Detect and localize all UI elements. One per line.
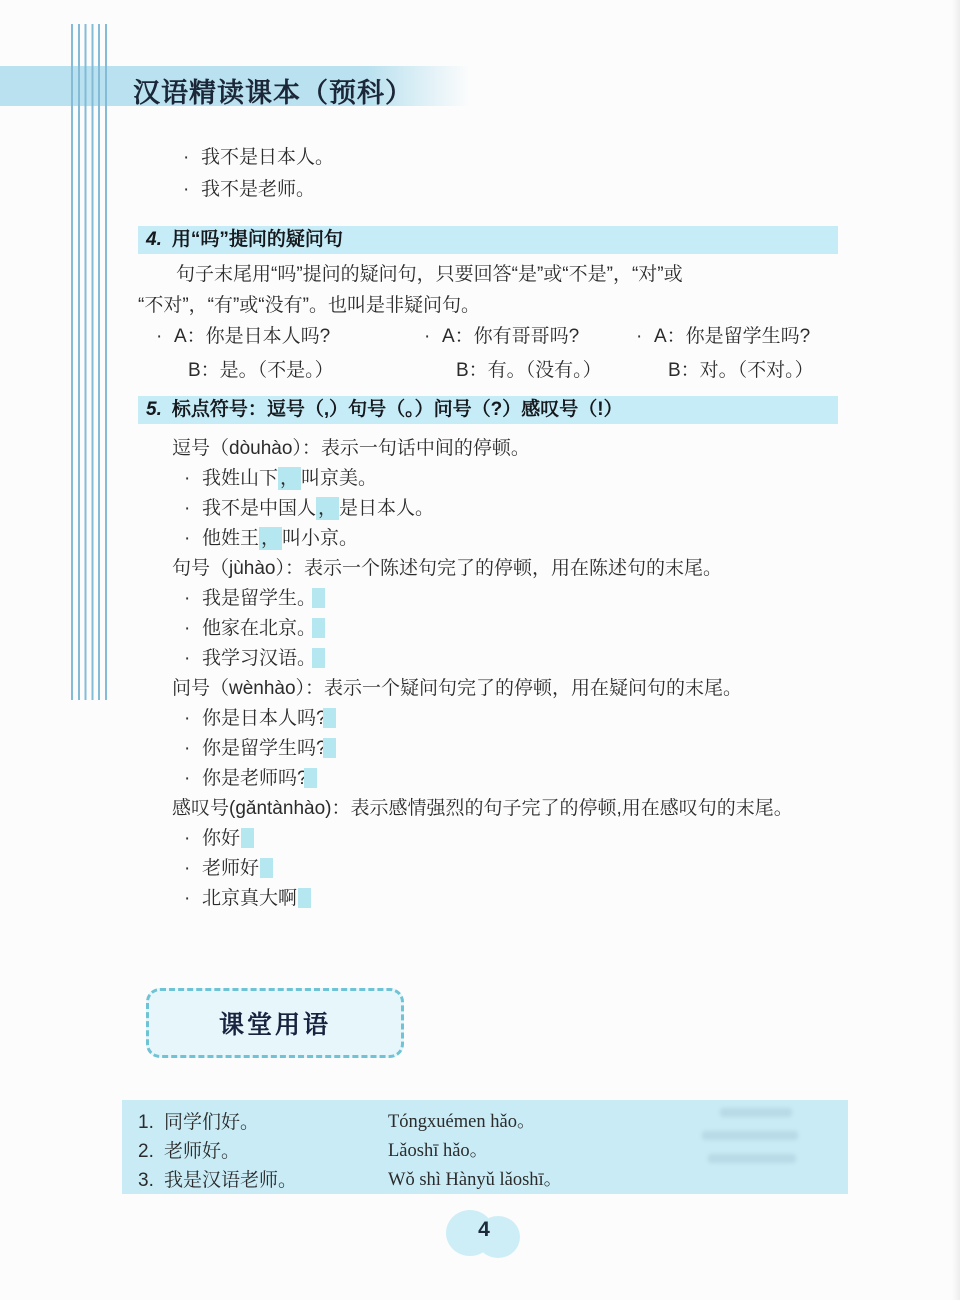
classroom-phrases-box: 课堂用语 [146,988,404,1058]
dialogue-column: ·A：你有哥哥吗? B：有。（没有。） [424,322,636,386]
example-text: 你是留学生吗 [202,738,316,759]
example-sentence: 我不是日本人。 [201,147,334,168]
dialogue-b-line: B：对。（不对。） [668,356,814,386]
bullet-icon: · [184,524,202,554]
bullet-icon: · [184,464,202,494]
highlight-mark [241,828,254,848]
bleed-through-artifact [702,1108,798,1177]
chinese-text: 同学们好。 [164,1112,259,1133]
dialogue-a-line: ·A：你是日本人吗? [156,322,424,352]
example-sentence: ·我不是中国人，是日本人。 [184,494,854,524]
dialogue-b-line: B：是。（不是。） [188,356,424,386]
dialogue-b-line: B：有。（没有。） [456,356,636,386]
dialogue-a-line: ·A：你有哥哥吗? [424,322,636,352]
example-sentence: ·我姓山下，叫京美。 [184,464,854,494]
bullet-icon: · [184,764,202,794]
example-sentence: ·北京真大啊! [184,884,854,914]
bullet-icon: · [184,614,202,644]
example-text: 叫京美。 [301,468,377,489]
bullet-icon: · [183,142,201,174]
dialogue-a-text: A：你有哥哥吗? [442,326,579,347]
dialogue-a-line: ·A：你是留学生吗? [636,322,814,352]
example-text: 你是老师吗 [202,768,297,789]
example-sentence: ·你是留学生吗? [184,734,854,764]
example-text: 我学习汉语 [202,648,297,669]
bullet-icon: · [184,734,202,764]
example-text: 北京真大啊 [202,888,297,909]
classroom-box-title: 课堂用语 [219,1005,331,1041]
list-item: ·我不是老师。 [183,174,334,206]
highlight-mark [312,648,325,668]
bullet-icon: · [184,494,202,524]
highlight-mark [312,588,325,608]
highlight-mark [323,738,336,758]
example-text: 我不是中国人 [202,498,316,519]
highlight-mark [304,768,317,788]
dialogue-column: ·A：你是日本人吗? B：是。（不是。） [156,322,424,386]
section-number: 5. [146,399,162,420]
row-number: 2. [138,1137,164,1166]
row-number: 3. [138,1166,164,1195]
bullet-icon: · [636,322,654,352]
comma-definition: 逗号（dòuhào）：表示一句话中间的停顿。 [172,434,854,464]
bullet-icon: · [156,322,174,352]
example-text: 老师好 [202,858,259,879]
phrase-chinese: 2.老师好。 [138,1137,388,1166]
bullet-icon: · [184,824,202,854]
bullet-icon: · [184,854,202,884]
dialogue-a-text: A：你是留学生吗? [654,326,810,347]
example-sentence: 我不是老师。 [201,179,315,200]
classroom-phrases-list: 1.同学们好。 Tóngxuémen hǎo。 2.老师好。 Lǎoshī hǎ… [122,1100,848,1194]
bullet-icon: · [184,884,202,914]
example-text: 我姓山下 [202,468,278,489]
example-text: 我是留学生 [202,588,297,609]
dialogue-column: ·A：你是留学生吗? B：对。（不对。） [636,322,814,386]
example-text: 是日本人。 [339,498,434,519]
exclamation-mark-definition: 感叹号(gǎntànhào)：表示感情强烈的句子完了的停顿,用在感叹句的末尾。 [172,794,854,824]
example-sentence: ·你是日本人吗? [184,704,854,734]
highlight-mark [260,858,273,878]
phrase-chinese: 3.我是汉语老师。 [138,1166,388,1195]
decorative-stripes [71,24,111,700]
page-number: 4 [446,1218,522,1242]
example-sentence: ·我是留学生。 [184,584,854,614]
section-title: 用“吗”提问的疑问句 [172,229,343,250]
example-sentence: ·我学习汉语。 [184,644,854,674]
section-5-heading-bar: 5.标点符号：逗号（,）句号（。）问号（?）感叹号（!） [138,396,838,424]
example-text: 你好 [202,828,240,849]
example-text: 他姓王 [202,528,259,549]
example-sentence: ·你是老师吗? [184,764,854,794]
chinese-text: 我是汉语老师。 [164,1170,297,1191]
example-text: 他家在北京 [202,618,297,639]
section-number: 4. [146,229,162,250]
highlighted-comma: ， [278,467,301,490]
section-4-heading-bar: 4.用“吗”提问的疑问句 [138,226,838,254]
example-text: 你是日本人吗 [202,708,316,729]
punctuation-section: 逗号（dòuhào）：表示一句话中间的停顿。 ·我姓山下，叫京美。 ·我不是中国… [138,434,854,914]
page-number-cloud: 4 [446,1208,526,1260]
row-number: 1. [138,1108,164,1137]
highlight-mark [298,888,311,908]
section-title: 标点符号：逗号（,）句号（。）问号（?）感叹号（!） [172,399,623,420]
paragraph-line: “不对”，“有”或“没有”。也叫是非疑问句。 [138,290,846,321]
dialogue-examples: ·A：你是日本人吗? B：是。（不是。） ·A：你有哥哥吗? B：有。（没有。）… [156,322,856,386]
bullet-icon: · [424,322,442,352]
example-sentence: ·老师好! [184,854,854,884]
highlight-mark [312,618,325,638]
section-4-paragraph: 句子末尾用“吗”提问的疑问句，只要回答“是”或“不是”，“对”或 “不对”，“有… [138,259,846,321]
bullet-icon: · [183,174,201,206]
highlighted-comma: ， [316,497,339,520]
paragraph-line: 句子末尾用“吗”提问的疑问句，只要回答“是”或“不是”，“对”或 [138,259,846,290]
bullet-icon: · [184,584,202,614]
phrase-chinese: 1.同学们好。 [138,1108,388,1137]
dialogue-a-text: A：你是日本人吗? [174,326,330,347]
bullet-icon: · [184,704,202,734]
chinese-text: 老师好。 [164,1141,240,1162]
example-sentence: ·他家在北京。 [184,614,854,644]
book-title: 汉语精读课本（预科） [133,71,413,110]
example-sentence: ·你好! [184,824,854,854]
bullet-icon: · [184,644,202,674]
question-mark-definition: 问号（wènhào）：表示一个疑问句完了的停顿，用在疑问句的末尾。 [172,674,854,704]
list-item: ·我不是日本人。 [183,142,334,174]
example-sentence: ·他姓王，叫小京。 [184,524,854,554]
highlighted-comma: ， [259,527,282,550]
highlight-mark [323,708,336,728]
intro-example-list: ·我不是日本人。 ·我不是老师。 [183,142,334,206]
period-definition: 句号（jùhào）：表示一个陈述句完了的停顿，用在陈述句的末尾。 [172,554,854,584]
example-text: 叫小京。 [282,528,358,549]
scan-edge-shadow [952,0,960,1300]
